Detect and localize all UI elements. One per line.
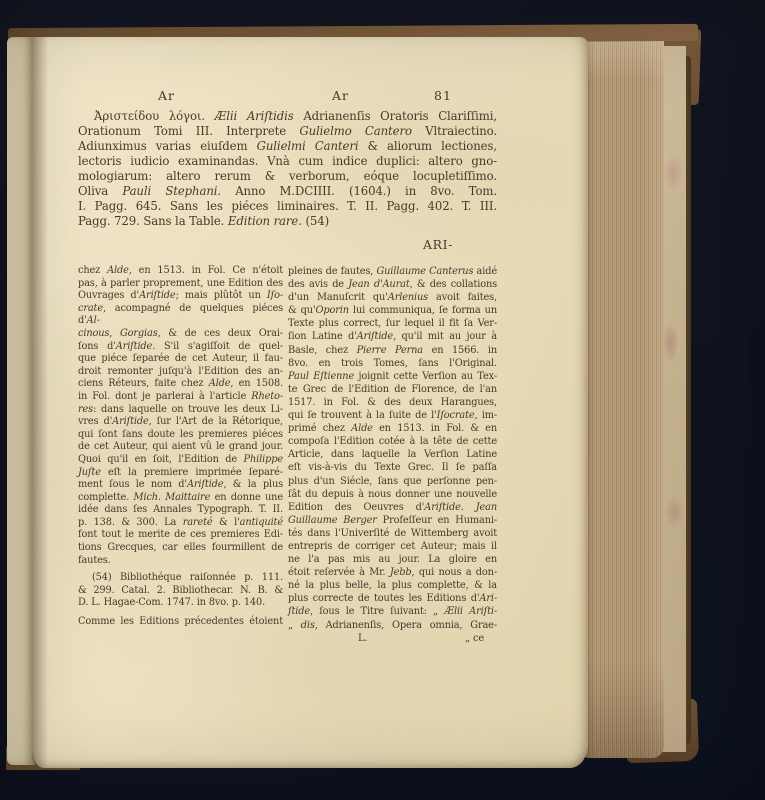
- text-line: entrepris de corriger cet Auteur; mais i…: [288, 540, 497, 553]
- footnote: (54) Bibliothéque raiſonnée p. 111.& 299…: [78, 572, 283, 610]
- text-line: ſtide, ſous le Titre ſuivant: „ Ælii Ari…: [288, 605, 497, 618]
- signature-row: L. „ ce: [288, 632, 497, 645]
- text-line: ſât du depuis à nous donner une nouvelle: [288, 488, 497, 501]
- text-line: cinous, Gorgias, & de ces deux Orai-: [78, 328, 283, 341]
- text-line: étoit reſervée à Mr. Jebb, qui nous a do…: [288, 566, 497, 579]
- text-line: eſt vis-à-vis du Texte Grec. Il ſe paſſa: [288, 461, 497, 474]
- left-column-body: chez Alde, en 1513. in Fol. Ce n'étoitpa…: [78, 265, 283, 567]
- text-line: p. 138. & 300. La rareté & l'antiquité: [78, 517, 283, 530]
- entry-paragraph: Ἀριστείδου λόγοι. Ælii Ariſtidis Adriane…: [78, 109, 497, 229]
- text-line: 1517. in Fol. & des deux Harangues,: [288, 396, 497, 409]
- text-line: te Grec de l'Edition de Florence, de l'a…: [288, 383, 497, 396]
- running-head: Ar Ar 81: [32, 88, 588, 108]
- book-fore-edge: [584, 40, 664, 758]
- text-line: Oliva Pauli Stephani. Anno M.DCIIII. (16…: [78, 184, 497, 199]
- text-line: Quoi qu'il en ſoit, l'Edition de Philipp…: [78, 454, 283, 467]
- page-number: 81: [434, 88, 452, 103]
- text-line: (54) Bibliothéque raiſonnée p. 111.: [78, 572, 283, 585]
- text-line: & qu'Oporin lui communiqua, ſe forma un: [288, 304, 497, 317]
- text-line: droit remonter juſqu'à l'Edition des an-: [78, 366, 283, 379]
- right-column: pleines de fautes, Guillaume Canterus ai…: [288, 265, 497, 645]
- text-line: que piéce ſeparée de cet Auteur, il fau-: [78, 353, 283, 366]
- text-line: ciens Réteurs, faite chez Alde, en 1508.: [78, 378, 283, 391]
- text-line: de cet Auteur, qui aient vû le grand jou…: [78, 441, 283, 454]
- text-line: Paul Eſtienne joignit cette Verſion au T…: [288, 370, 497, 383]
- text-line: ment ſous le nom d'Ariſtide, & la plus: [78, 479, 283, 492]
- facing-page-edge: [7, 37, 35, 765]
- text-line: né la plus belle, la plus complette, & l…: [288, 579, 497, 592]
- text-line: Ἀριστείδου λόγοι. Ælii Ariſtidis Adriane…: [78, 109, 497, 124]
- text-line: chez Alde, en 1513. in Fol. Ce n'étoit: [78, 265, 283, 278]
- text-line: pas, à parler proprement, une Edition de…: [78, 278, 283, 291]
- signature-mark: L.: [358, 632, 367, 645]
- photographed-book-page: Ar Ar 81 Ἀριστείδου λόγοι. Ælii Ariſtidi…: [0, 0, 765, 800]
- text-line: 8vo. en trois Tomes, ſans l'Original.: [288, 357, 497, 370]
- running-head-right: Ar: [332, 88, 349, 103]
- text-line: d'un Manuſcrit qu'Arlenius avoit faites,: [288, 291, 497, 304]
- text-line: fautes.: [78, 555, 283, 568]
- text-line: idée dans ſes Annales Typograph. T. II.: [78, 504, 283, 517]
- text-line: Edition des Oeuvres d'Ariſtide. Jean: [288, 501, 497, 514]
- text-line: mologiarum: altero rerum & verborum, eóq…: [78, 169, 497, 184]
- text-line: Texte plus correct, ſur lequel il fit ſa…: [288, 317, 497, 330]
- text-line: font tout le merite de ces premieres Edi…: [78, 529, 283, 542]
- text-line: pleines de fautes, Guillaume Canterus ai…: [288, 265, 497, 278]
- bottom-catchword: „ ce: [465, 632, 484, 645]
- text-line: I. Pagg. 645. Sans les piéces liminaires…: [78, 199, 497, 214]
- text-line: primé chez Alde en 1513. in Fol. & en: [288, 422, 497, 435]
- running-head-left: Ar: [158, 88, 175, 103]
- text-line: Juſte eſt la premiere imprimée ſeparé-: [78, 467, 283, 480]
- text-line: Comme les Editions précedentes étoient: [78, 616, 283, 629]
- text-line: plus d'un Siécle, ſans que perſonne pen-: [288, 475, 497, 488]
- text-line: ne l'a pas mis au jour. La gloire en: [288, 553, 497, 566]
- text-line: Adiunximus varias eiuſdem Gulielmi Cante…: [78, 139, 497, 154]
- text-line: „ dis, Adrianenſis, Opera omnia, Grae-: [288, 619, 497, 632]
- text-line: lectoris iudicio examinandas. Vnà cum in…: [78, 154, 497, 169]
- text-line: ſons d'Ariſtide. S'il s'agiſſoit de quel…: [78, 341, 283, 354]
- text-line: plus correcte de toutes les Editions d'A…: [288, 592, 497, 605]
- two-column-text: chez Alde, en 1513. in Fol. Ce n'étoitpa…: [78, 265, 498, 645]
- text-line: qui ſont ſans doute les premieres piéces: [78, 429, 283, 442]
- text-line: compoſa l'Edition cotée à la tête de cet…: [288, 435, 497, 448]
- text-line: D. L. Hagae-Com. 1747. in 8vo. p. 140.: [78, 597, 283, 610]
- text-line: & 299. Catal. 2. Bibliothecar. N. B. &: [78, 585, 283, 598]
- continuation-paragraph: Comme les Editions précedentes étoient: [78, 616, 283, 629]
- top-catchword: ARI-: [78, 237, 497, 252]
- text-line: complette. Mich. Maittaire en donne une: [78, 492, 283, 505]
- text-line: Basle, chez Pierre Perna en 1566. in: [288, 344, 497, 357]
- text-line: Orationum Tomi III. Interprete Gulielmo …: [78, 124, 497, 139]
- text-line: tés dans l'Univerſité de Wittemberg avoi…: [288, 527, 497, 540]
- left-column: chez Alde, en 1513. in Fol. Ce n'étoitpa…: [78, 265, 283, 645]
- text-line: Pagg. 729. Sans la Table. Edition rare. …: [78, 214, 497, 229]
- gutter-shadow: [32, 37, 48, 768]
- text-line: qui ſe trouvent à la ſuite de l'Iſocrate…: [288, 409, 497, 422]
- text-line: ſion Latine d'Ariſtide, qu'il mit au jou…: [288, 330, 497, 343]
- text-line: des avis de Jean d'Aurat, & des collatio…: [288, 278, 497, 291]
- text-line: crate, acompagné de quelques piéces d'Al…: [78, 303, 283, 328]
- text-line: Article, dans laquelle la Verſion Latine: [288, 448, 497, 461]
- text-line: res: dans laquelle on trouve les deux Li…: [78, 404, 283, 417]
- text-line: tions Grecques, car elles fourmillent de: [78, 542, 283, 555]
- text-line: in Fol. dont je parlerai à l'article Rhe…: [78, 391, 283, 404]
- text-line: Ouvrages d'Ariſtide; mais plûtôt un Iſo-: [78, 290, 283, 303]
- text-line: vres d'Ariſtide, ſur l'Art de la Rétoriq…: [78, 416, 283, 429]
- text-line: Guillaume Berger Profeſſeur en Humani-: [288, 514, 497, 527]
- right-column-body: pleines de fautes, Guillaume Canterus ai…: [288, 265, 497, 632]
